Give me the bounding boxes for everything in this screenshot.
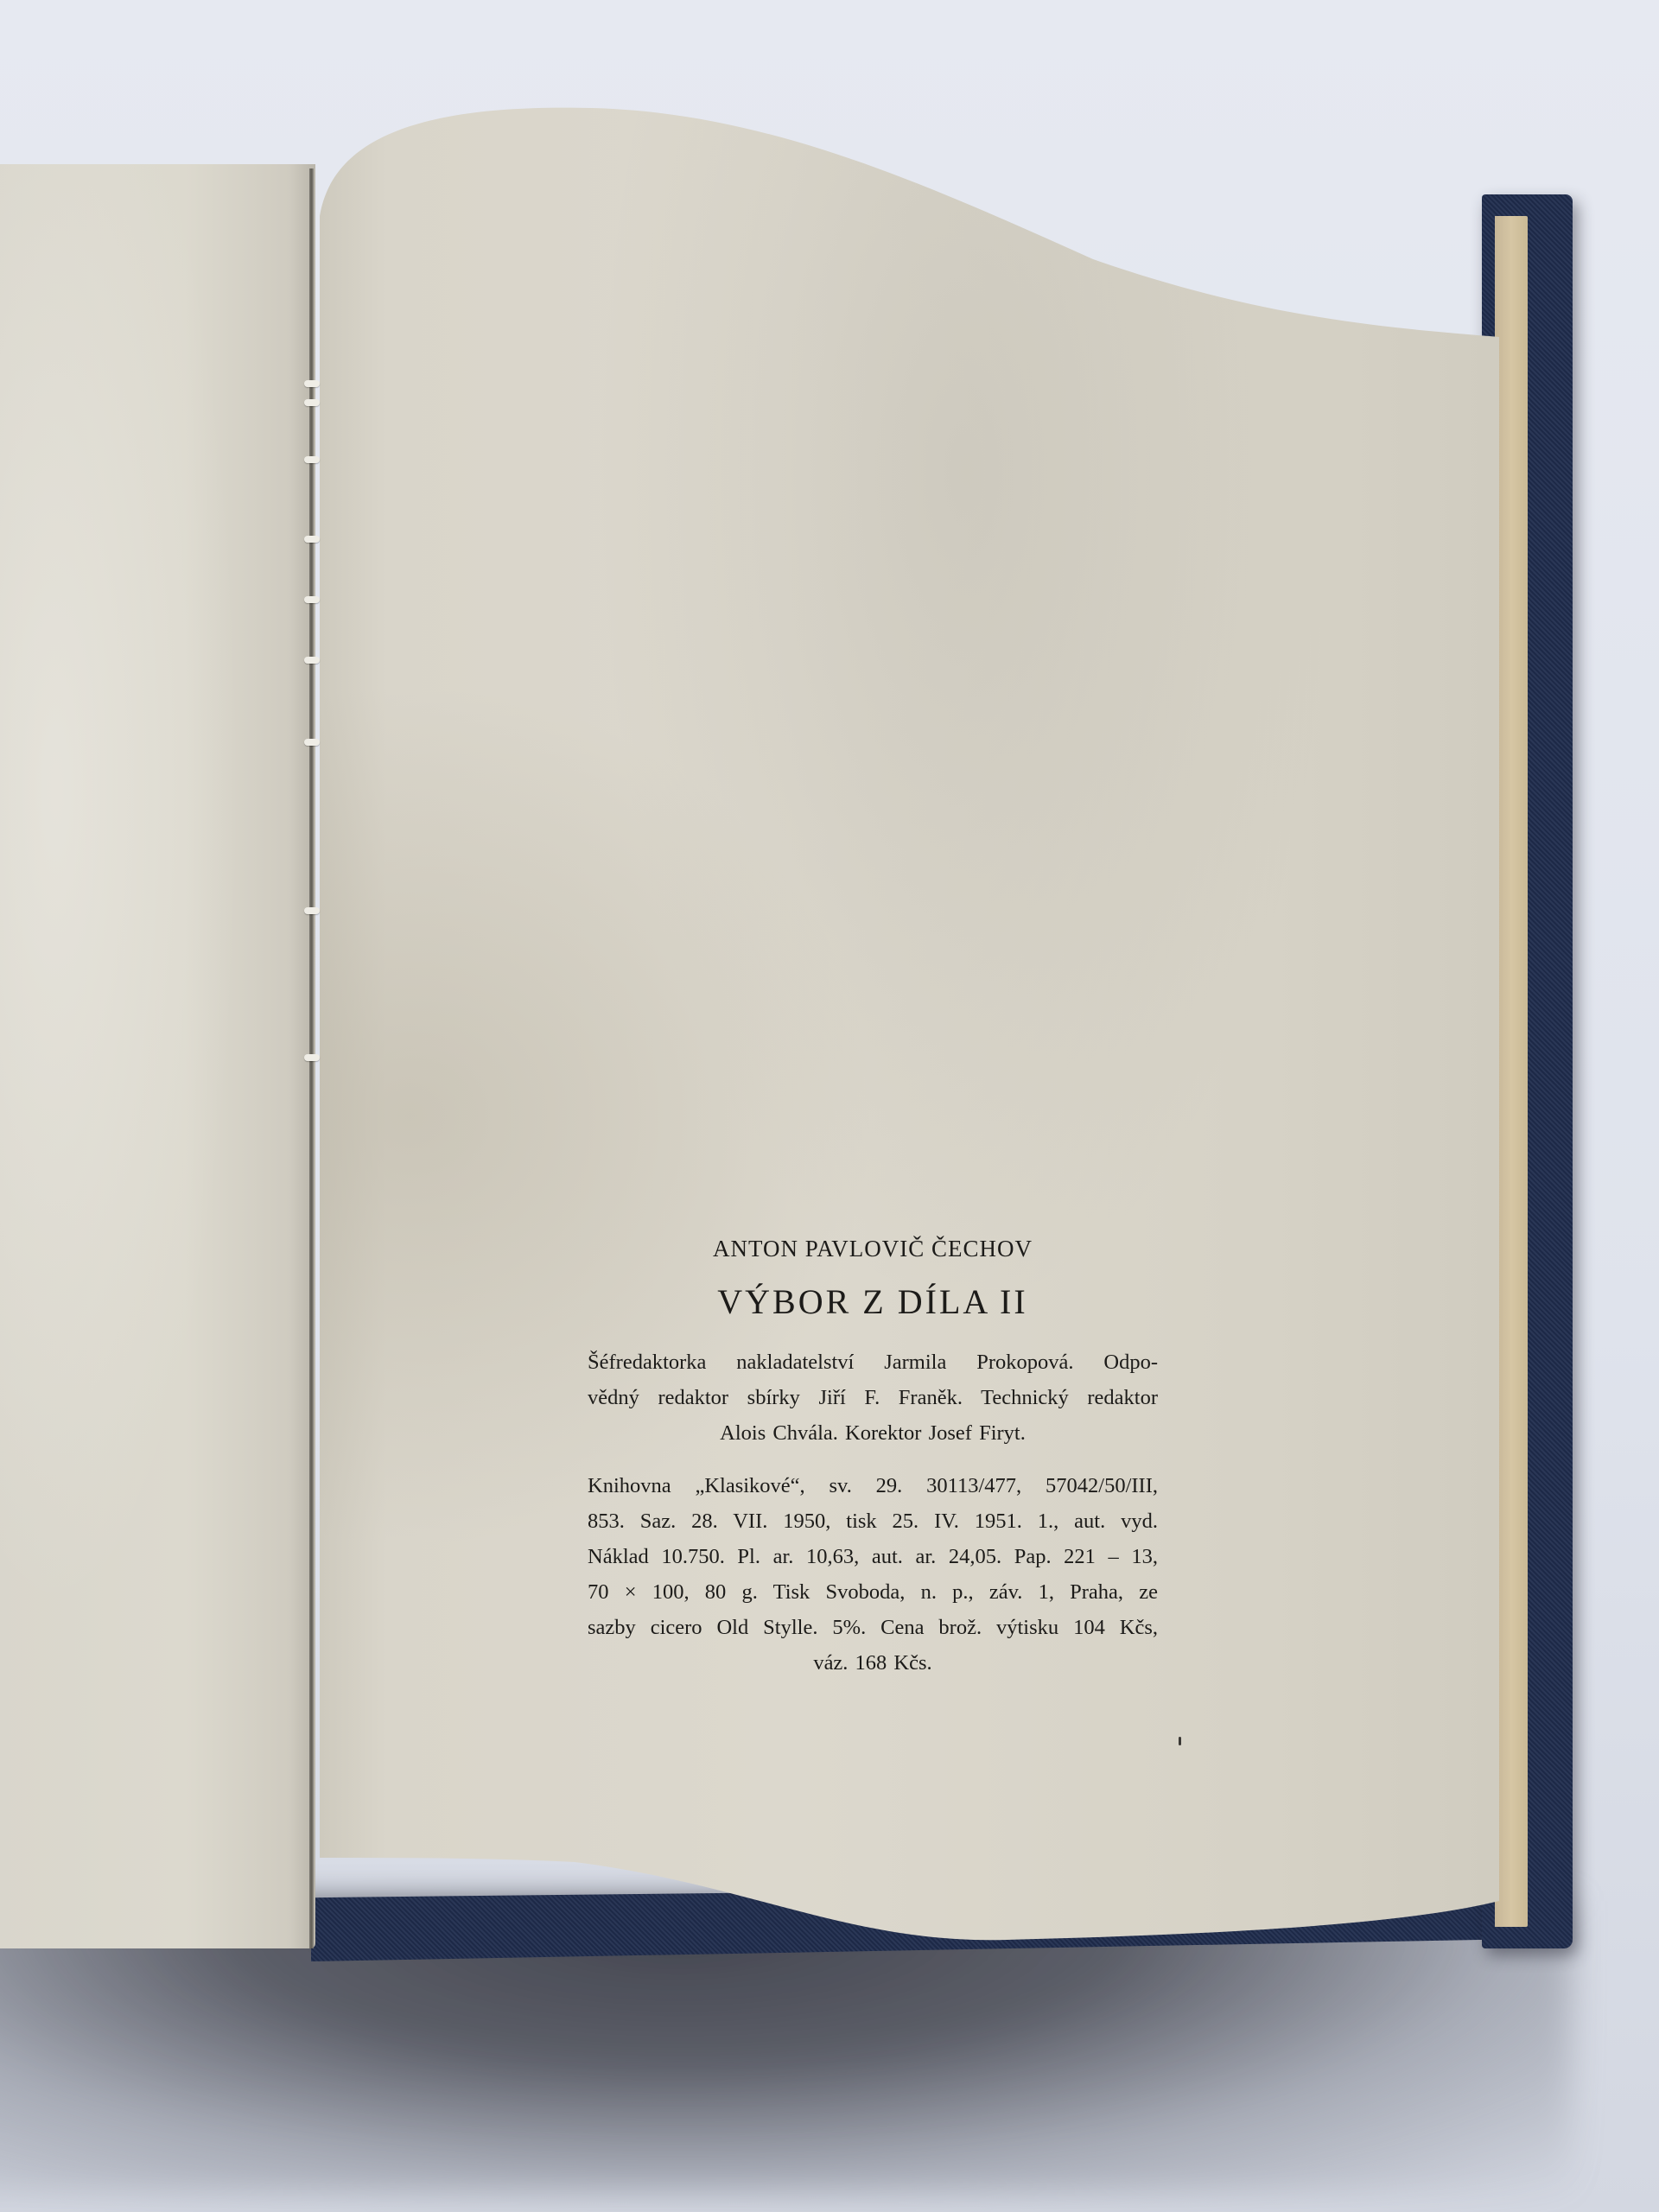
- binding-stitch: [304, 380, 320, 387]
- binding-stitch: [304, 456, 320, 463]
- photo-scene: ANTON PAVLOVIČ ČECHOV VÝBOR Z DÍLA II Šé…: [0, 0, 1659, 2212]
- binding-stitch: [304, 907, 320, 914]
- binding-stitch: [304, 399, 320, 406]
- colophon: ANTON PAVLOVIČ ČECHOV VÝBOR Z DÍLA II Šé…: [570, 1236, 1175, 1681]
- editorial-credits: Šéfredaktorka nakladatelství Jarmila Pro…: [588, 1344, 1158, 1451]
- book-title: VÝBOR Z DÍLA II: [570, 1281, 1175, 1322]
- imprint-line: Náklad 10.750. Pl. ar. 10,63, aut. ar. 2…: [588, 1539, 1158, 1574]
- imprint-line: Knihovna „Klasikové“, sv. 29. 30113/477,…: [588, 1468, 1158, 1503]
- endpaper-strip: [1495, 216, 1528, 1927]
- credits-line: Šéfredaktorka nakladatelství Jarmila Pro…: [588, 1344, 1158, 1380]
- imprint-line: 853. Saz. 28. VII. 1950, tisk 25. IV. 19…: [588, 1503, 1158, 1539]
- binding-stitch: [304, 1054, 320, 1061]
- binding-stitch: [304, 596, 320, 603]
- credits-line: vědný redaktor sbírky Jiří F. Franěk. Te…: [588, 1380, 1158, 1415]
- left-page: [0, 164, 315, 1948]
- binding-stitch: [304, 657, 320, 664]
- credits-line: Alois Chvála. Korektor Josef Firyt.: [588, 1415, 1158, 1451]
- binding-stitch: [304, 739, 320, 746]
- imprint-line: sazby cicero Old Stylle. 5%. Cena brož. …: [588, 1610, 1158, 1645]
- imprint-line: 70 × 100, 80 g. Tisk Svoboda, n. p., záv…: [588, 1574, 1158, 1610]
- printing-imprint: Knihovna „Klasikové“, sv. 29. 30113/477,…: [588, 1468, 1158, 1681]
- imprint-line: váz. 168 Kčs.: [588, 1645, 1158, 1681]
- binding-stitch: [304, 536, 320, 543]
- author-name: ANTON PAVLOVIČ ČECHOV: [570, 1236, 1175, 1262]
- paper-speck: [1179, 1737, 1181, 1745]
